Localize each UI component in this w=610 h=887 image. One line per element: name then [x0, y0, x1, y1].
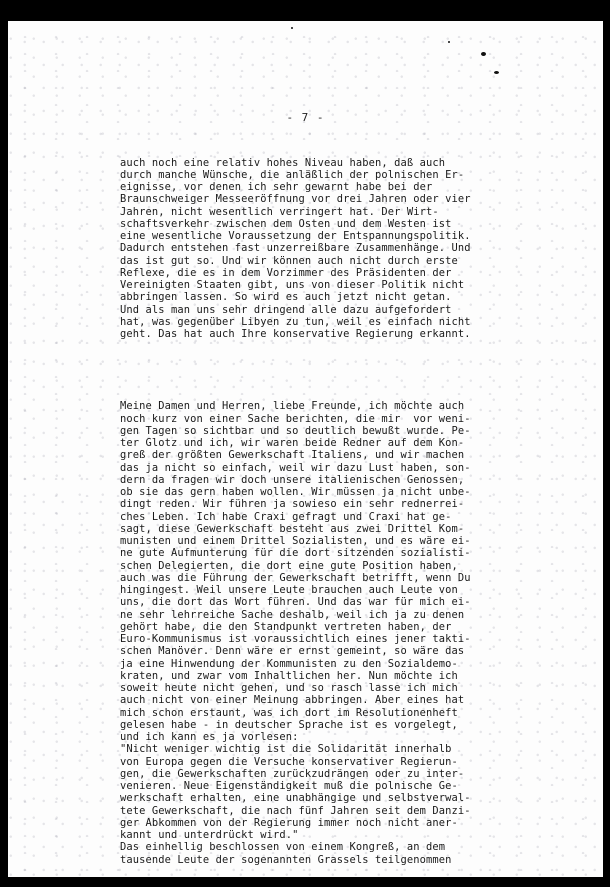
text-line: schen Delegierten, die dort eine gute Po…	[120, 560, 520, 572]
text-line: ja eine Hinwendung der Kommunisten zu de…	[120, 658, 520, 670]
text-line: Reflexe, die es in dem Vorzimmer des Prä…	[120, 267, 520, 279]
text-line: hat, was gegenüber Libyen zu tun, weil e…	[120, 316, 520, 328]
text-line: eine wesentliche Voraussetzung der Entsp…	[120, 230, 520, 242]
text-line: geht. Das hat auch Ihre konservative Reg…	[120, 328, 520, 340]
text-line: schen Manöver. Denn wäre er ernst gemein…	[120, 645, 520, 657]
text-line: auch noch eine relativ hohes Niveau habe…	[120, 157, 520, 169]
text-line: kannt und unterdrückt wird."	[120, 829, 520, 841]
text-line: auch was die Führung der Gewerkschaft be…	[120, 572, 520, 584]
text-line: munisten und einem Drittel Sozialisten, …	[120, 535, 520, 547]
text-line: tete Gewerkschaft, die nach fünf Jahren …	[120, 805, 520, 817]
text-line: das ja nicht so einfach, weil wir dazu L…	[120, 462, 520, 474]
text-line: ne sehr lehrreiche Sache deshalb, weil i…	[120, 609, 520, 621]
text-line: hingingest. Weil unsere Leute brauchen a…	[120, 584, 520, 596]
text-line: sagt, diese Gewerkschaft besteht aus zwe…	[120, 523, 520, 535]
text-line: tausende Leute der sogenannten Grassels …	[120, 854, 520, 866]
scan-speck	[291, 27, 293, 29]
paragraph-trade-policy: auch noch eine relativ hohes Niveau habe…	[120, 157, 520, 341]
text-line: gen, die Gewerkschaften zurückzudrängen …	[120, 768, 520, 780]
text-line: Dadurch entstehen fast unzerreißbare Zus…	[120, 242, 520, 254]
scan-speck	[481, 52, 486, 56]
text-line: Und als man uns sehr dringend alle dazu …	[120, 304, 520, 316]
text-line: kraten, und zwar vom Inhaltlichen her. N…	[120, 670, 520, 682]
text-line: gelesen habe - in deutscher Sprache ist …	[120, 719, 520, 731]
text-line: Euro-Kommunismus ist voraussichtlich ein…	[120, 633, 520, 645]
paragraph-union-congress: Meine Damen und Herren, liebe Freunde, i…	[120, 400, 520, 866]
text-line: ter Glotz und ich, wir waren beide Redne…	[120, 437, 520, 449]
page-number: - 7 -	[8, 111, 603, 124]
text-line: dern da fragen wir doch unsere italienis…	[120, 474, 520, 486]
text-line: das ist gut so. Und wir können auch nich…	[120, 255, 520, 267]
text-line: uns, die dort das Wort führen. Und das w…	[120, 596, 520, 608]
text-line: eignisse, vor denen ich sehr gewarnt hab…	[120, 181, 520, 193]
document-page: - 7 - auch noch eine relativ hohes Nivea…	[8, 21, 603, 877]
text-line: venieren. Neue Eigenständigkeit muß die …	[120, 780, 520, 792]
text-line: dingt reden. Wir führen ja sowieso ein s…	[120, 498, 520, 510]
text-line: Braunschweiger Messeeröffnung vor drei J…	[120, 193, 520, 205]
paragraph-spacer	[120, 365, 520, 376]
text-line: durch manche Wünsche, die anläßlich der …	[120, 169, 520, 181]
text-line: ob sie das gern haben wollen. Wir müssen…	[120, 486, 520, 498]
text-line: werkschaft erhalten, eine unabhängige un…	[120, 792, 520, 804]
scan-speck	[494, 71, 499, 74]
text-line: Vereinigten Staaten gibt, uns von dieser…	[120, 279, 520, 291]
text-line: ches Leben. Ich habe Craxi gefragt und C…	[120, 511, 520, 523]
text-line: abbringen lassen. So wird es auch jetzt …	[120, 291, 520, 303]
text-line: ger Abkommen von der Regierung immer noc…	[120, 817, 520, 829]
text-line: Meine Damen und Herren, liebe Freunde, i…	[120, 400, 520, 412]
text-line: von Europa gegen die Versuche konservati…	[120, 756, 520, 768]
text-line: noch kurz von einer Sache berichten, die…	[120, 413, 520, 425]
document-body: auch noch eine relativ hohes Niveau habe…	[120, 132, 520, 887]
text-line: soweit heute nicht gehen, und so rasch l…	[120, 682, 520, 694]
text-line: gen Tagen so sichtbar und so deutlich be…	[120, 425, 520, 437]
text-line: "Nicht weniger wichtig ist die Solidarit…	[120, 743, 520, 755]
text-line: schaftsverkehr zwischen dem Osten und de…	[120, 218, 520, 230]
text-line: auch nicht von einer Meinung abbringen. …	[120, 694, 520, 706]
scan-speck	[448, 41, 450, 43]
text-line: ne gute Aufmunterung für die dort sitzen…	[120, 547, 520, 559]
text-line: Jahren, nicht wesentlich verringert hat.…	[120, 206, 520, 218]
text-line: gehört habe, die den Standpunkt vertrete…	[120, 621, 520, 633]
text-line: greß der größten Gewerkschaft Italiens, …	[120, 449, 520, 461]
text-line: und ich kann es ja vorlesen:	[120, 731, 520, 743]
text-line: Das einhellig beschlossen von einem Kong…	[120, 841, 520, 853]
text-line: mich schon erstaunt, was ich dort im Res…	[120, 707, 520, 719]
